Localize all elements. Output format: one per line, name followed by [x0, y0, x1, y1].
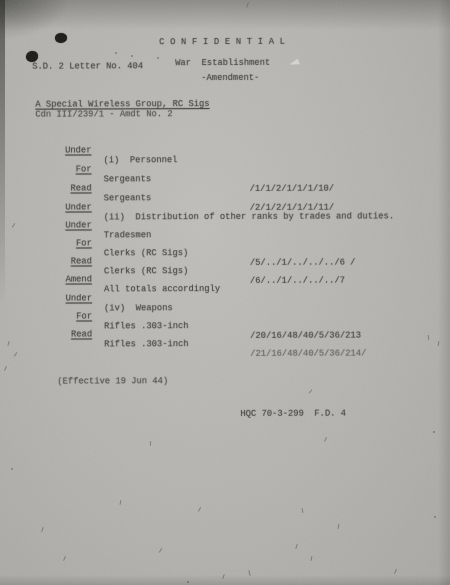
row-text: Rifles .303-inch — [104, 339, 189, 349]
amendment-row: Under (ii) Distribution of other ranks b… — [0, 191, 450, 204]
row-label: Read — [0, 329, 92, 339]
amendment-row: Under (i) Personnel — [0, 134, 449, 147]
file-reference: HQC 70-3-299 F.D. 4 — [240, 409, 346, 419]
row-figures: /20/16/48/40/5/36/213 — [250, 331, 361, 341]
row-figures: /21/16/48/40/5/36/214/ — [250, 349, 366, 359]
amendment-row: Amend All totals accordingly — [0, 263, 450, 276]
amendment-row: Read Rifles .303-inch /21/16/48/40/5/36/… — [0, 318, 450, 331]
amendment-row: Read Clerks (RC Sigs) /6/../1/../../../7 — [0, 245, 450, 258]
amendment-row: For Clerks (RC Sigs) /5/../1/../../../6 … — [0, 227, 450, 240]
effective-date: (Effective 19 Jun 44) — [57, 376, 168, 386]
amendment-rows: Under (i) Personnel For Sergeants /1/1/2… — [0, 0, 450, 585]
amendment-row: Read Sergeants /2/1/2/1/1/1/11/ — [0, 172, 450, 185]
amendment-row: Under (iv) Weapons — [0, 282, 450, 295]
typewritten-content: C O N F I D E N T I A L S.D. 2 Letter No… — [0, 0, 450, 585]
amendment-row: For Rifles .303-inch /20/16/48/40/5/36/2… — [0, 300, 450, 313]
scanned-document-page: C O N F I D E N T I A L S.D. 2 Letter No… — [0, 0, 450, 585]
amendment-row: For Sergeants /1/1/2/1/1/1/10/ — [0, 153, 450, 166]
amendment-row: Under Tradesmen — [0, 209, 450, 222]
